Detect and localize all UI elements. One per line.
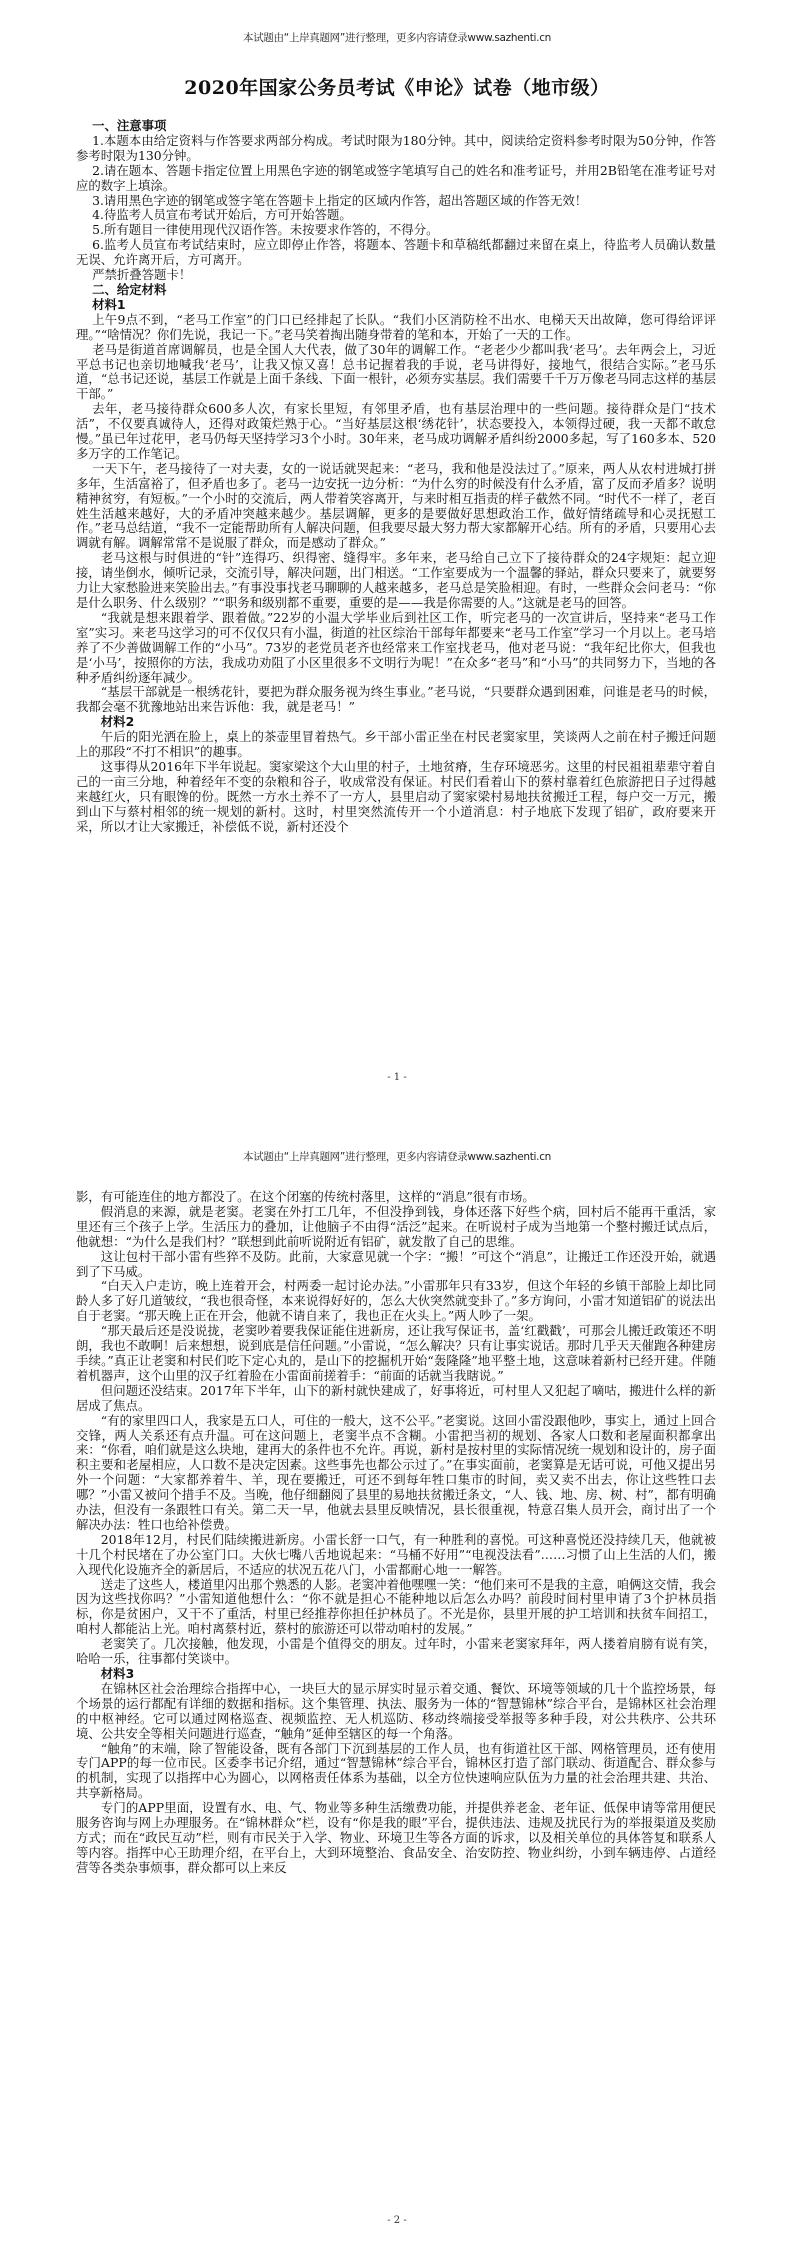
material-3-heading: 材料3 (76, 1667, 716, 1682)
page-title: 2020年国家公务员考试《申论》试卷（地市级） (0, 73, 794, 100)
material-2-paragraph: “那天最后还是没说拢，老窦吵着要我保证能住进新房，还让我写保证书，盖‘红戳戳’，… (76, 1324, 716, 1384)
material-1-heading: 材料1 (76, 298, 716, 313)
material-2-paragraph: 2018年12月，村民们陆续搬进新房。小雷长舒一口气，有一种胜利的喜悦。可这种喜… (76, 1533, 716, 1578)
notice-item: 1.本题本由给定资料与作答要求两部分构成。考试时限为180分钟。其中，阅读给定资… (76, 134, 716, 164)
material-3-paragraph: “触角”的末端，除了智能设备，既有各部门下沉到基层的工作人员，也有街道社区干部、… (76, 1742, 716, 1802)
notice-item-warning: 严禁折叠答题卡！ (76, 268, 716, 283)
material-2-paragraph: “有的家里四口人，我家是五口人，可住的一般大，这不公平。”老窦说。这回小雷没跟他… (76, 1414, 716, 1533)
page-1: 本试题由“上岸真题网”进行整理，更多内容请登录www.sazhenti.cn 2… (0, 0, 794, 1122)
material-2-paragraph: 但问题还没结束。2017年下半年，山下的新村就快建成了，好事将近，可村里人又犯起… (76, 1384, 716, 1414)
material-2-continued-text: 影，有可能连住的地方都没了。在这个闭塞的传统村落里，这样的“消息”很有市场。 (76, 1190, 716, 1205)
material-1-paragraph: 老马这根与时俱进的“针”连得巧、织得密、缝得牢。多年来，老马给自己立下了接待群众… (76, 551, 716, 611)
material-2-paragraph: 午后的阳光洒在脸上，桌上的茶壶里冒着热气。乡干部小雷正坐在村民老窦家里，笑谈两人… (76, 730, 716, 760)
header-watermark-note: 本试题由“上岸真题网”进行整理，更多内容请登录www.sazhenti.cn (0, 30, 794, 45)
material-1-paragraph: 去年，老马接待群众600多人次，有家长里短，有邻里矛盾，也有基层治理中的一些问题… (76, 402, 716, 462)
page-number: - 2 - (0, 2215, 794, 2226)
material-1-paragraph: 一天下午，老马接待了一对夫妻，女的一说话就哭起来：“老马，我和他是没法过了。”原… (76, 462, 716, 551)
header-watermark-note: 本试题由“上岸真题网”进行整理，更多内容请登录www.sazhenti.cn (0, 1149, 794, 1164)
notice-item: 5.所有题目一律使用现代汉语作答。未按要求作答的，不得分。 (76, 223, 716, 238)
page-2: 本试题由“上岸真题网”进行整理，更多内容请登录www.sazhenti.cn 影… (0, 1122, 794, 2244)
notice-item: 6.监考人员宣布考试结束时，应立即停止作答，将题本、答题卡和草稿纸都翻过来留在桌… (76, 238, 716, 268)
material-3-paragraph: 专门的APP里面，设置有水、电、气、物业等多种生活缴费功能，并提供养老金、老年证… (76, 1801, 716, 1876)
material-2-paragraph: 老窦笑了。几次接触，他发现，小雷是个值得交的朋友。过年时，小雷来老窦家拜年，两人… (76, 1637, 716, 1667)
material-1-paragraph: “基层干部就是一根绣花针，要把为群众服务视为终生事业。”老马说，“只要群众遇到困… (76, 685, 716, 715)
material-2-paragraph: “白天入户走访，晚上连着开会，村两委一起讨论办法。”小雷那年只有33岁，但这个年… (76, 1279, 716, 1324)
material-1-paragraph: 上午9点不到，“老马工作室”的门口已经排起了长队。“我们小区消防栓不出水、电梯天… (76, 313, 716, 343)
notice-item: 2.请在题本、答题卡指定位置上用黑色字迹的钢笔或签字笔填写自己的姓名和准考证号，… (76, 164, 716, 194)
section-heading-materials: 二、给定材料 (76, 283, 716, 298)
notice-item: 3.请用黑色字迹的钢笔或签字笔在答题卡上指定的区域内作答，超出答题区域的作答无效… (76, 194, 716, 209)
material-1-paragraph: “我就是想来跟着学、跟着做。”22岁的小温大学毕业后到社区工作，听完老马的一次宣… (76, 611, 716, 686)
material-2-heading: 材料2 (76, 715, 716, 730)
material-1-paragraph: 老马是街道首席调解员，也是全国人大代表，做了30年的调解工作。“老老少少都叫我‘… (76, 343, 716, 403)
material-2-paragraph: 这让包村干部小雷有些猝不及防。此前，大家意见就一个字：“搬！”可这个“消息”，让… (76, 1250, 716, 1280)
material-3-paragraph: 在锦林区社会治理综合指挥中心，一块巨大的显示屏实时显示着交通、餐饮、环境等领域的… (76, 1682, 716, 1742)
material-2-paragraph: 送走了这些人，楼道里闪出那个熟悉的人影。老窦冲着他嘿嘿一笑：“他们来可不是我的主… (76, 1578, 716, 1638)
page-2-body: 影，有可能连住的地方都没了。在这个闭塞的传统村落里，这样的“消息”很有市场。 假… (76, 1190, 716, 1876)
notice-item: 4.待监考人员宣布考试开始后，方可开始答题。 (76, 208, 716, 223)
material-2-paragraph: 这事得从2016年下半年说起。窦家梁这个大山里的村子，土地贫瘠，生存环境恶劣。这… (76, 760, 716, 835)
page-number: - 1 - (0, 1072, 794, 1083)
page-1-body: 一、注意事项 1.本题本由给定资料与作答要求两部分构成。考试时限为180分钟。其… (76, 119, 716, 835)
material-2-paragraph: 假消息的来源，就是老窦。老窦在外打工几年，不但没挣到钱，身体还落下好些个病，回村… (76, 1205, 716, 1250)
section-heading-notices: 一、注意事项 (76, 119, 716, 134)
